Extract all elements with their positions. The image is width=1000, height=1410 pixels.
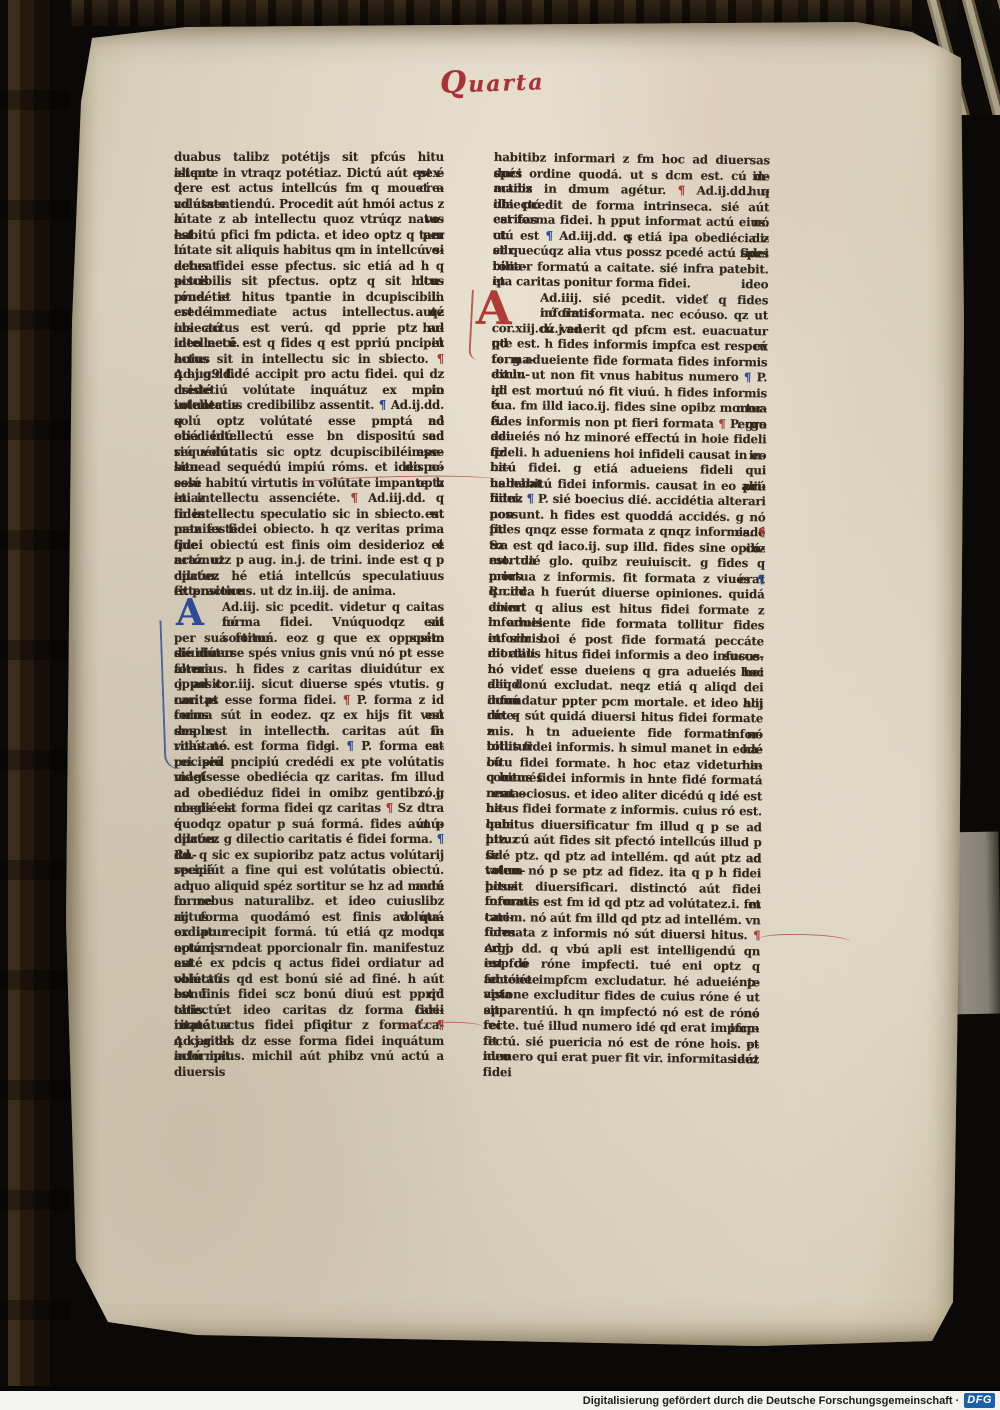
manuscript-page: Quarta duabus talibz potétijs sit pfcús …: [66, 22, 964, 1347]
text-line: actus fidei esse pfectus. sic etiá ad h …: [174, 259, 444, 275]
text-line: Ad.iij. sic pcedit. videtur q caitas nó …: [174, 600, 444, 616]
text-line: fit practicus. ut dz in.iij. de anima.: [174, 584, 444, 600]
text-line: actus sit in intellectu sic in sbiecto. …: [174, 352, 444, 368]
dfg-credit-bar: Digitalisierung gefördert durch die Deut…: [0, 1386, 1000, 1410]
paragraph-mark: ¶: [350, 491, 368, 505]
text-column-left: duabus talibz potétijs sit pfcús hitu al…: [174, 150, 444, 1065]
credit-text: Digitalisierung gefördert durch die Deut…: [583, 1395, 960, 1407]
paragraph-mark: ¶: [343, 693, 357, 707]
paragraph-mark: ¶: [678, 183, 697, 197]
text-line: q caritas dz esse forma fidei inquátum i…: [174, 1034, 444, 1050]
text-line: situ ad sequédú impiú róms. et ideo nó s…: [174, 460, 444, 476]
text-line: solú optz volútaté esse pmptá ad obediéd…: [174, 414, 444, 430]
rubricator-flourish: [758, 933, 850, 948]
text-line: dd. q sic ex supioribz patz actus volúta…: [174, 848, 444, 864]
text-line: actú ipius. michil aút phibz vnú actú a …: [174, 1049, 444, 1065]
text-line: forma sút in eodez. qz ex hijs fit vnú s…: [174, 708, 444, 724]
text-line: ritas nó est forma fidei. ¶ P. forma est…: [174, 739, 444, 755]
paragraph-mark: ¶: [718, 416, 730, 430]
text-line: róne. et hitus tpantie in dcupiscibili. …: [174, 290, 444, 306]
text-line: in rebus naturalibz. et ideo cuiuslibz a…: [174, 894, 444, 910]
dfg-logo: DFG: [964, 1393, 995, 1408]
text-line: dere est actus intellcús fm q moueť a vo…: [174, 181, 444, 197]
text-line: ex ipo recipit formá. tú etiá qz modus a…: [174, 925, 444, 941]
text-line: rij forma quodámó est finis ad quá ordia…: [174, 910, 444, 926]
book-binding-left: [0, 0, 70, 1410]
text-line: forma fidei. Vnúquodqz eni sortitur spém: [174, 615, 444, 631]
text-line: nraz. utz p aug. in.j. de trini. inde es…: [174, 553, 444, 569]
paragraph-mark: ¶: [379, 398, 391, 412]
text-line: videť esse obediécia qz caritas. fm illu…: [174, 770, 444, 786]
text-line: est immediate actus intellectus. qz obie…: [174, 305, 444, 321]
text-line: sié diuerse spés vnius gnis vnú nó pt es…: [174, 646, 444, 662]
text-line: lútate z ab intellectu quoz vtrúqz natus…: [174, 212, 444, 228]
paragraph-mark: ¶: [758, 525, 765, 539]
paragraph-mark: ¶: [437, 352, 444, 366]
paragraph-mark: ¶: [347, 739, 362, 753]
text-line: ad obediéduz fidei in omibz gentibz. g o…: [174, 786, 444, 802]
text-line: piscibilis sit pfectus. optz q sit hitus…: [174, 274, 444, 290]
running-title-rubric: Quarta: [439, 62, 545, 101]
text-line: q aug9 fidé accipit pro actu fidei. qui …: [174, 367, 444, 383]
text-line: recipiút a fine qui est volútatis obiect…: [174, 863, 444, 879]
text-line: numero qui erat puer fit vir. informitas…: [483, 1049, 759, 1068]
text-line: lútate sit aliquis habitus qm in intellc…: [174, 243, 444, 259]
text-line: istente in vtraqz potétiaz. Dictú aút es…: [174, 166, 444, 182]
paragraph-mark: ¶: [386, 801, 398, 815]
text-line: rei. sed pncipiú credédi ex pte volútati…: [174, 755, 444, 771]
text-line: intellectus credibilibz assentit. ¶ Ad.i…: [174, 398, 444, 414]
text-line: duabus talibz potétijs sit pfcús hitu al…: [174, 150, 444, 166]
paragraph-mark: ¶: [757, 572, 764, 586]
text-line: quodqz opatur p suá formá. fides aút p d…: [174, 817, 444, 833]
text-line: credetiú volútate inquátuz ex mpio volun…: [174, 383, 444, 399]
text-line: in intellectu speculatio sic in sbiecto.…: [174, 507, 444, 523]
text-line: volútatis qd est bonú sié ad finé. h aút…: [174, 972, 444, 988]
paragraph-mark: ¶: [744, 370, 757, 384]
text-line: magis est forma fidei qz caritas ¶ Sz dt…: [174, 801, 444, 817]
text-line: opatur. hé etiá intellcús speculatiuus e…: [174, 569, 444, 585]
text-line: patz ex fidei obiecto. h qz veritas prim…: [174, 522, 444, 538]
text-line: .j. ad cor.iij. sicut diuerse spés vtuti…: [174, 677, 444, 693]
text-line: ius actus est verú. qd pprie ptz ad inte…: [174, 321, 444, 337]
text-line: non pt esse forma fidei. ¶ P. forma z id…: [174, 693, 444, 709]
text-line: in intellectu assenciéte. ¶ Ad.iij.dd. q…: [174, 491, 444, 507]
text-line: fidei obiectú est finis oim desiderioz e…: [174, 538, 444, 554]
text-line: optz q rndeat pporcionalr fin. manifestu…: [174, 941, 444, 957]
text-line: ad assentiendú. Procedit aút hmói actus …: [174, 197, 444, 213]
paragraph-mark: ¶: [526, 491, 538, 505]
text-line: opatur. g dilectio caritatis é fidei for…: [174, 832, 444, 848]
text-line: per suá formá. eoz g que ex opposito diu…: [174, 631, 444, 647]
text-line: ideo necé est q fides q est ppriú pncipi…: [174, 336, 444, 352]
text-line: riú volútatis sic optz dcupiscibilé esse…: [174, 445, 444, 461]
text-column-right: habitibz informari z fm hoc ad diuersas …: [483, 150, 770, 1068]
text-line: auté ex pdcis q actus fidei ordiatur ad …: [174, 956, 444, 972]
text-line: tatis. et ideo caritas dz forma fidei in…: [174, 1003, 444, 1019]
illuminated-initial: A: [176, 595, 204, 631]
text-line: est finis fidei scz bonú diuú est ppriú …: [174, 987, 444, 1003]
text-line: a quo aliquid spéz sortitur se hz ad mod…: [174, 879, 444, 895]
text-line: des est in intellectu. caritas aút in vo…: [174, 724, 444, 740]
text-line: etiá intellectú esse bn dispositú ad seq…: [174, 429, 444, 445]
paragraph-mark: ¶: [437, 832, 444, 846]
paragraph-mark: ¶: [545, 228, 559, 242]
text-line: alterius. h fides z caritas diuidútur ex…: [174, 662, 444, 678]
initial-flourish-red: [468, 290, 486, 361]
text-line: habitú pfici fm pdicta. et ideo optz q t…: [174, 228, 444, 244]
